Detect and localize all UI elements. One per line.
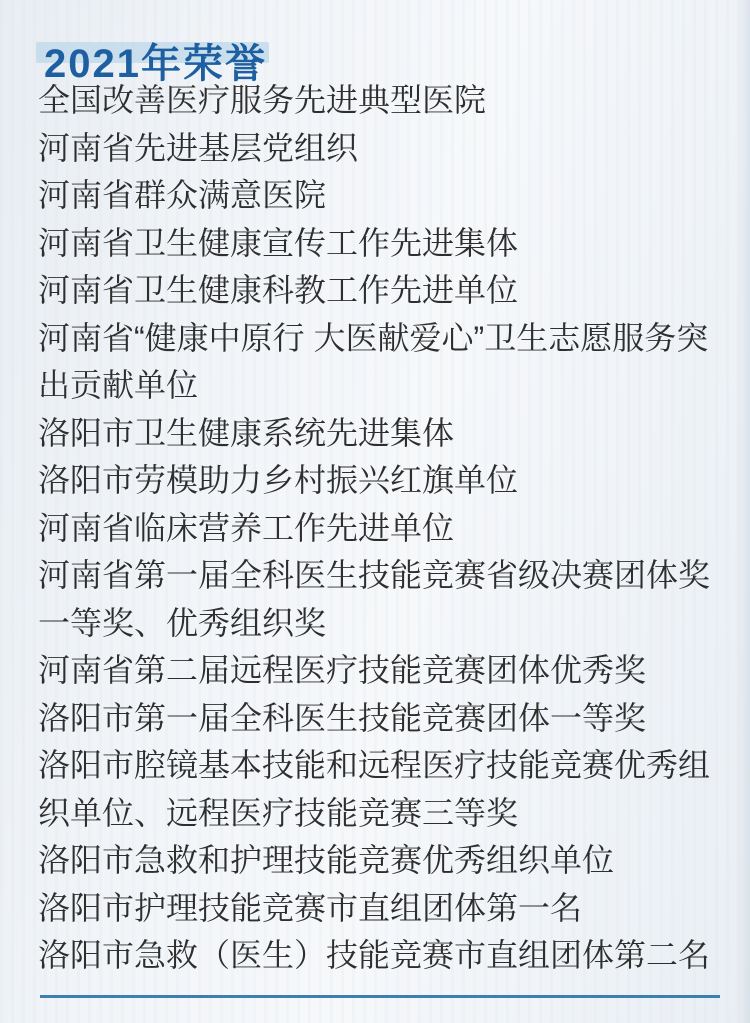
- honor-item: 河南省卫生健康宣传工作先进集体: [38, 220, 730, 268]
- honor-item: 河南省临床营养工作先进单位: [38, 505, 730, 553]
- honor-item: 河南省群众满意医院: [38, 172, 730, 220]
- honor-item: 全国改善医疗服务先进典型医院: [38, 77, 730, 125]
- honor-item: 洛阳市卫生健康系统先进集体: [38, 410, 730, 458]
- honor-item: 洛阳市腔镜基本技能和远程医疗技能竞赛优秀组织单位、远程医疗技能竞赛三等奖: [38, 742, 730, 837]
- bottom-divider: [40, 995, 720, 998]
- honor-item: 洛阳市护理技能竞赛市直组团体第一名: [38, 885, 730, 933]
- page-title-block: 2021年荣誉: [0, 0, 750, 70]
- honor-item: 洛阳市急救（医生）技能竞赛市直组团体第二名: [38, 932, 730, 980]
- honor-item: 洛阳市第一届全科医生技能竞赛团体一等奖: [38, 695, 730, 743]
- honor-item: 河南省第一届全科医生技能竞赛省级决赛团体奖一等奖、优秀组织奖: [38, 552, 730, 647]
- honors-page: 2021年荣誉 全国改善医疗服务先进典型医院河南省先进基层党组织河南省群众满意医…: [0, 0, 750, 1023]
- honor-item: 洛阳市急救和护理技能竞赛优秀组织单位: [38, 837, 730, 885]
- honor-item: 河南省卫生健康科教工作先进单位: [38, 267, 730, 315]
- honor-item: 洛阳市劳模助力乡村振兴红旗单位: [38, 457, 730, 505]
- honor-list: 全国改善医疗服务先进典型医院河南省先进基层党组织河南省群众满意医院河南省卫生健康…: [38, 77, 730, 980]
- honor-item: 河南省“健康中原行 大医献爱心”卫生志愿服务突出贡献单位: [38, 315, 730, 410]
- honor-item: 河南省先进基层党组织: [38, 125, 730, 173]
- honor-item: 河南省第二届远程医疗技能竞赛团体优秀奖: [38, 647, 730, 695]
